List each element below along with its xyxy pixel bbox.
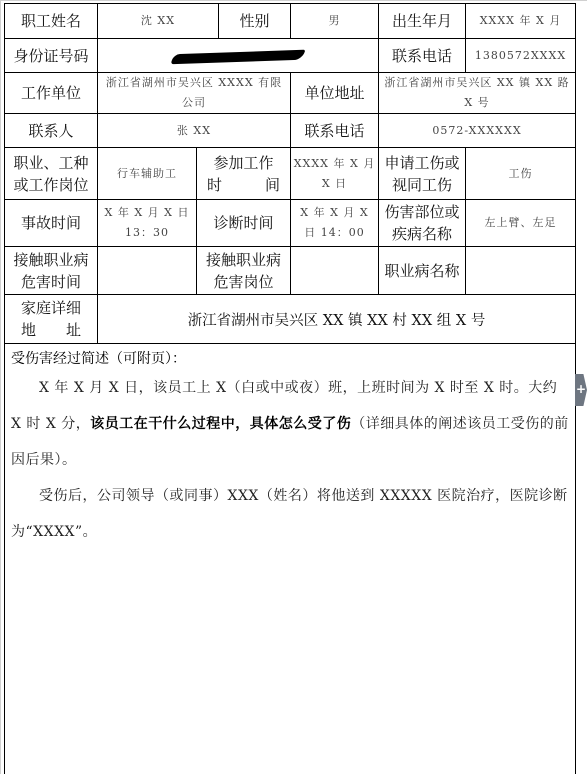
exposure-time-value[interactable] xyxy=(98,247,197,295)
diagnosis-time-value[interactable]: X 年 X 月 X 日 14：00 xyxy=(291,200,379,247)
apply-value[interactable]: 工伤 xyxy=(466,148,576,200)
job-value[interactable]: 行车辅助工 xyxy=(98,148,197,200)
birth-value[interactable]: XXXX 年 X 月 xyxy=(466,4,576,39)
birth-label: 出生年月 xyxy=(379,4,466,39)
description-paragraph-2: 受伤后，公司领导（或同事）XXX（姓名）将他送到 XXXXX 医院治疗，医院诊断… xyxy=(11,478,569,550)
start-work-label-char: 间 xyxy=(265,174,280,196)
exposure-post-value[interactable] xyxy=(291,247,379,295)
row-contact: 联系人 张 XX 联系电话 0572-XXXXXX xyxy=(5,114,576,148)
row-description: 受伤害经过简述（可附页）： X 年 X 月 X 日，该员工上 X（白或中或夜）班… xyxy=(5,344,576,774)
accident-time-label: 事故时间 xyxy=(5,200,98,247)
home-address-label: 家庭详细 地址 xyxy=(5,295,98,344)
contact-phone-value[interactable]: 0572-XXXXXX xyxy=(379,114,576,148)
exposure-time-label: 接触职业病危害时间 xyxy=(5,247,98,295)
job-label: 职业、工种或工作岗位 xyxy=(5,148,98,200)
row-occupational-exposure: 接触职业病危害时间 接触职业病危害岗位 职业病名称 xyxy=(5,247,576,295)
accident-time-value[interactable]: X 年 X 月 X 日 13：30 xyxy=(98,200,197,247)
plus-icon: + xyxy=(576,381,586,397)
home-address-label-line1: 家庭详细 xyxy=(7,297,95,319)
employer-value[interactable]: 浙江省湖州市吴兴区 XXXX 有限公司 xyxy=(98,73,291,114)
row-id: 身份证号码 联系电话 1380572XXXX xyxy=(5,39,576,73)
id-label: 身份证号码 xyxy=(5,39,98,73)
injury-report-form: 职工姓名 沈 XX 性别 男 出生年月 XXXX 年 X 月 身份证号码 联系电… xyxy=(4,3,576,774)
start-work-value[interactable]: XXXX 年 X 月 X 日 xyxy=(291,148,379,200)
row-times: 事故时间 X 年 X 月 X 日 13：30 诊断时间 X 年 X 月 X 日 … xyxy=(5,200,576,247)
diagnosis-time-label: 诊断时间 xyxy=(197,200,291,247)
gender-value[interactable]: 男 xyxy=(291,4,379,39)
exposure-post-label: 接触职业病危害岗位 xyxy=(197,247,291,295)
employer-address-value[interactable]: 浙江省湖州市吴兴区 XX 镇 XX 路 X 号 xyxy=(379,73,576,114)
home-address-label-char: 址 xyxy=(66,319,81,341)
gender-label: 性别 xyxy=(219,4,291,39)
apply-label: 申请工伤或视同工伤 xyxy=(379,148,466,200)
start-work-label-line1: 参加工作 xyxy=(199,152,288,174)
phone-label: 联系电话 xyxy=(379,39,466,73)
row-job: 职业、工种或工作岗位 行车辅助工 参加工作 时间 XXXX 年 X 月 X 日 … xyxy=(5,148,576,200)
start-work-label-char: 时 xyxy=(207,174,222,196)
page-edge xyxy=(0,0,587,1)
row-home-address: 家庭详细 地址 浙江省湖州市吴兴区 XX 镇 XX 村 XX 组 X 号 xyxy=(5,295,576,344)
description-title: 受伤害经过简述（可附页）： xyxy=(11,348,569,370)
name-value[interactable]: 沈 XX xyxy=(98,4,219,39)
contact-value[interactable]: 张 XX xyxy=(98,114,291,148)
description-emphasis: 该员工在干什么过程中，具体怎么受了伤 xyxy=(90,416,351,432)
row-basic-info: 职工姓名 沈 XX 性别 男 出生年月 XXXX 年 X 月 xyxy=(5,4,576,39)
injury-part-value[interactable]: 左上臂、左足 xyxy=(466,200,576,247)
contact-label: 联系人 xyxy=(5,114,98,148)
employer-label: 工作单位 xyxy=(5,73,98,114)
phone-value[interactable]: 1380572XXXX xyxy=(466,39,576,73)
disease-name-label: 职业病名称 xyxy=(379,247,466,295)
home-address-value[interactable]: 浙江省湖州市吴兴区 XX 镇 XX 村 XX 组 X 号 xyxy=(98,295,576,344)
row-employer: 工作单位 浙江省湖州市吴兴区 XXXX 有限公司 单位地址 浙江省湖州市吴兴区 … xyxy=(5,73,576,114)
employer-address-label: 单位地址 xyxy=(291,73,379,114)
redaction-mark xyxy=(171,49,306,64)
name-label: 职工姓名 xyxy=(5,4,98,39)
injury-description[interactable]: 受伤害经过简述（可附页）： X 年 X 月 X 日，该员工上 X（白或中或夜）班… xyxy=(5,344,576,774)
disease-name-value[interactable] xyxy=(466,247,576,295)
start-work-label: 参加工作 时间 xyxy=(197,148,291,200)
description-paragraph-1: X 年 X 月 X 日，该员工上 X（白或中或夜）班，上班时间为 X 时至 X … xyxy=(11,370,569,478)
contact-phone-label: 联系电话 xyxy=(291,114,379,148)
home-address-label-char: 地 xyxy=(21,319,36,341)
page-edge xyxy=(0,0,1,774)
add-tab-button[interactable]: + xyxy=(575,374,587,406)
injury-part-label: 伤害部位或疾病名称 xyxy=(379,200,466,247)
id-value[interactable] xyxy=(98,39,379,73)
